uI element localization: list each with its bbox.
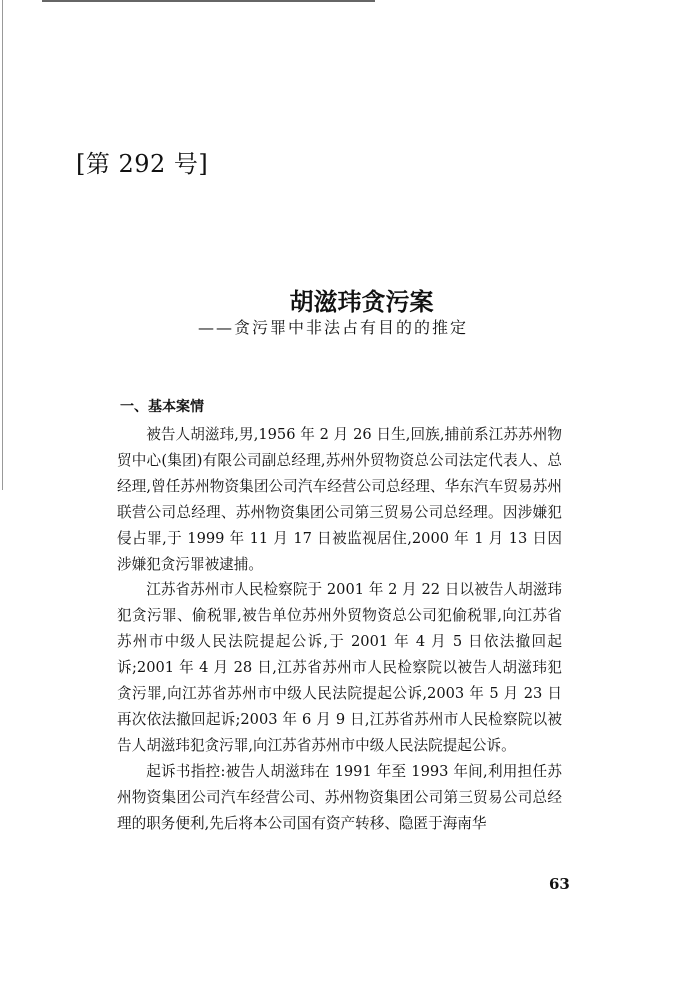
section-heading: 一、基本案情 <box>120 396 204 416</box>
page-number: 63 <box>549 875 570 893</box>
page-title: 胡滋玮贪污案 <box>0 282 689 317</box>
scan-left-edge <box>2 0 3 490</box>
paragraph: 江苏省苏州市人民检察院于 2001 年 2 月 22 日以被告人胡滋玮犯贪污罪、… <box>117 577 562 758</box>
paragraph: 被告人胡滋玮,男,1956 年 2 月 26 日生,回族,捕前系江苏苏州物贸中心… <box>117 422 562 577</box>
scan-top-edge <box>42 0 375 2</box>
case-number: [第 292 号] <box>76 144 208 179</box>
body-text: 被告人胡滋玮,男,1956 年 2 月 26 日生,回族,捕前系江苏苏州物贸中心… <box>117 422 562 837</box>
page-subtitle: ——贪污罪中非法占有目的的推定 <box>198 315 468 338</box>
paragraph: 起诉书指控:被告人胡滋玮在 1991 年至 1993 年间,利用担任苏州物资集团… <box>117 759 562 837</box>
